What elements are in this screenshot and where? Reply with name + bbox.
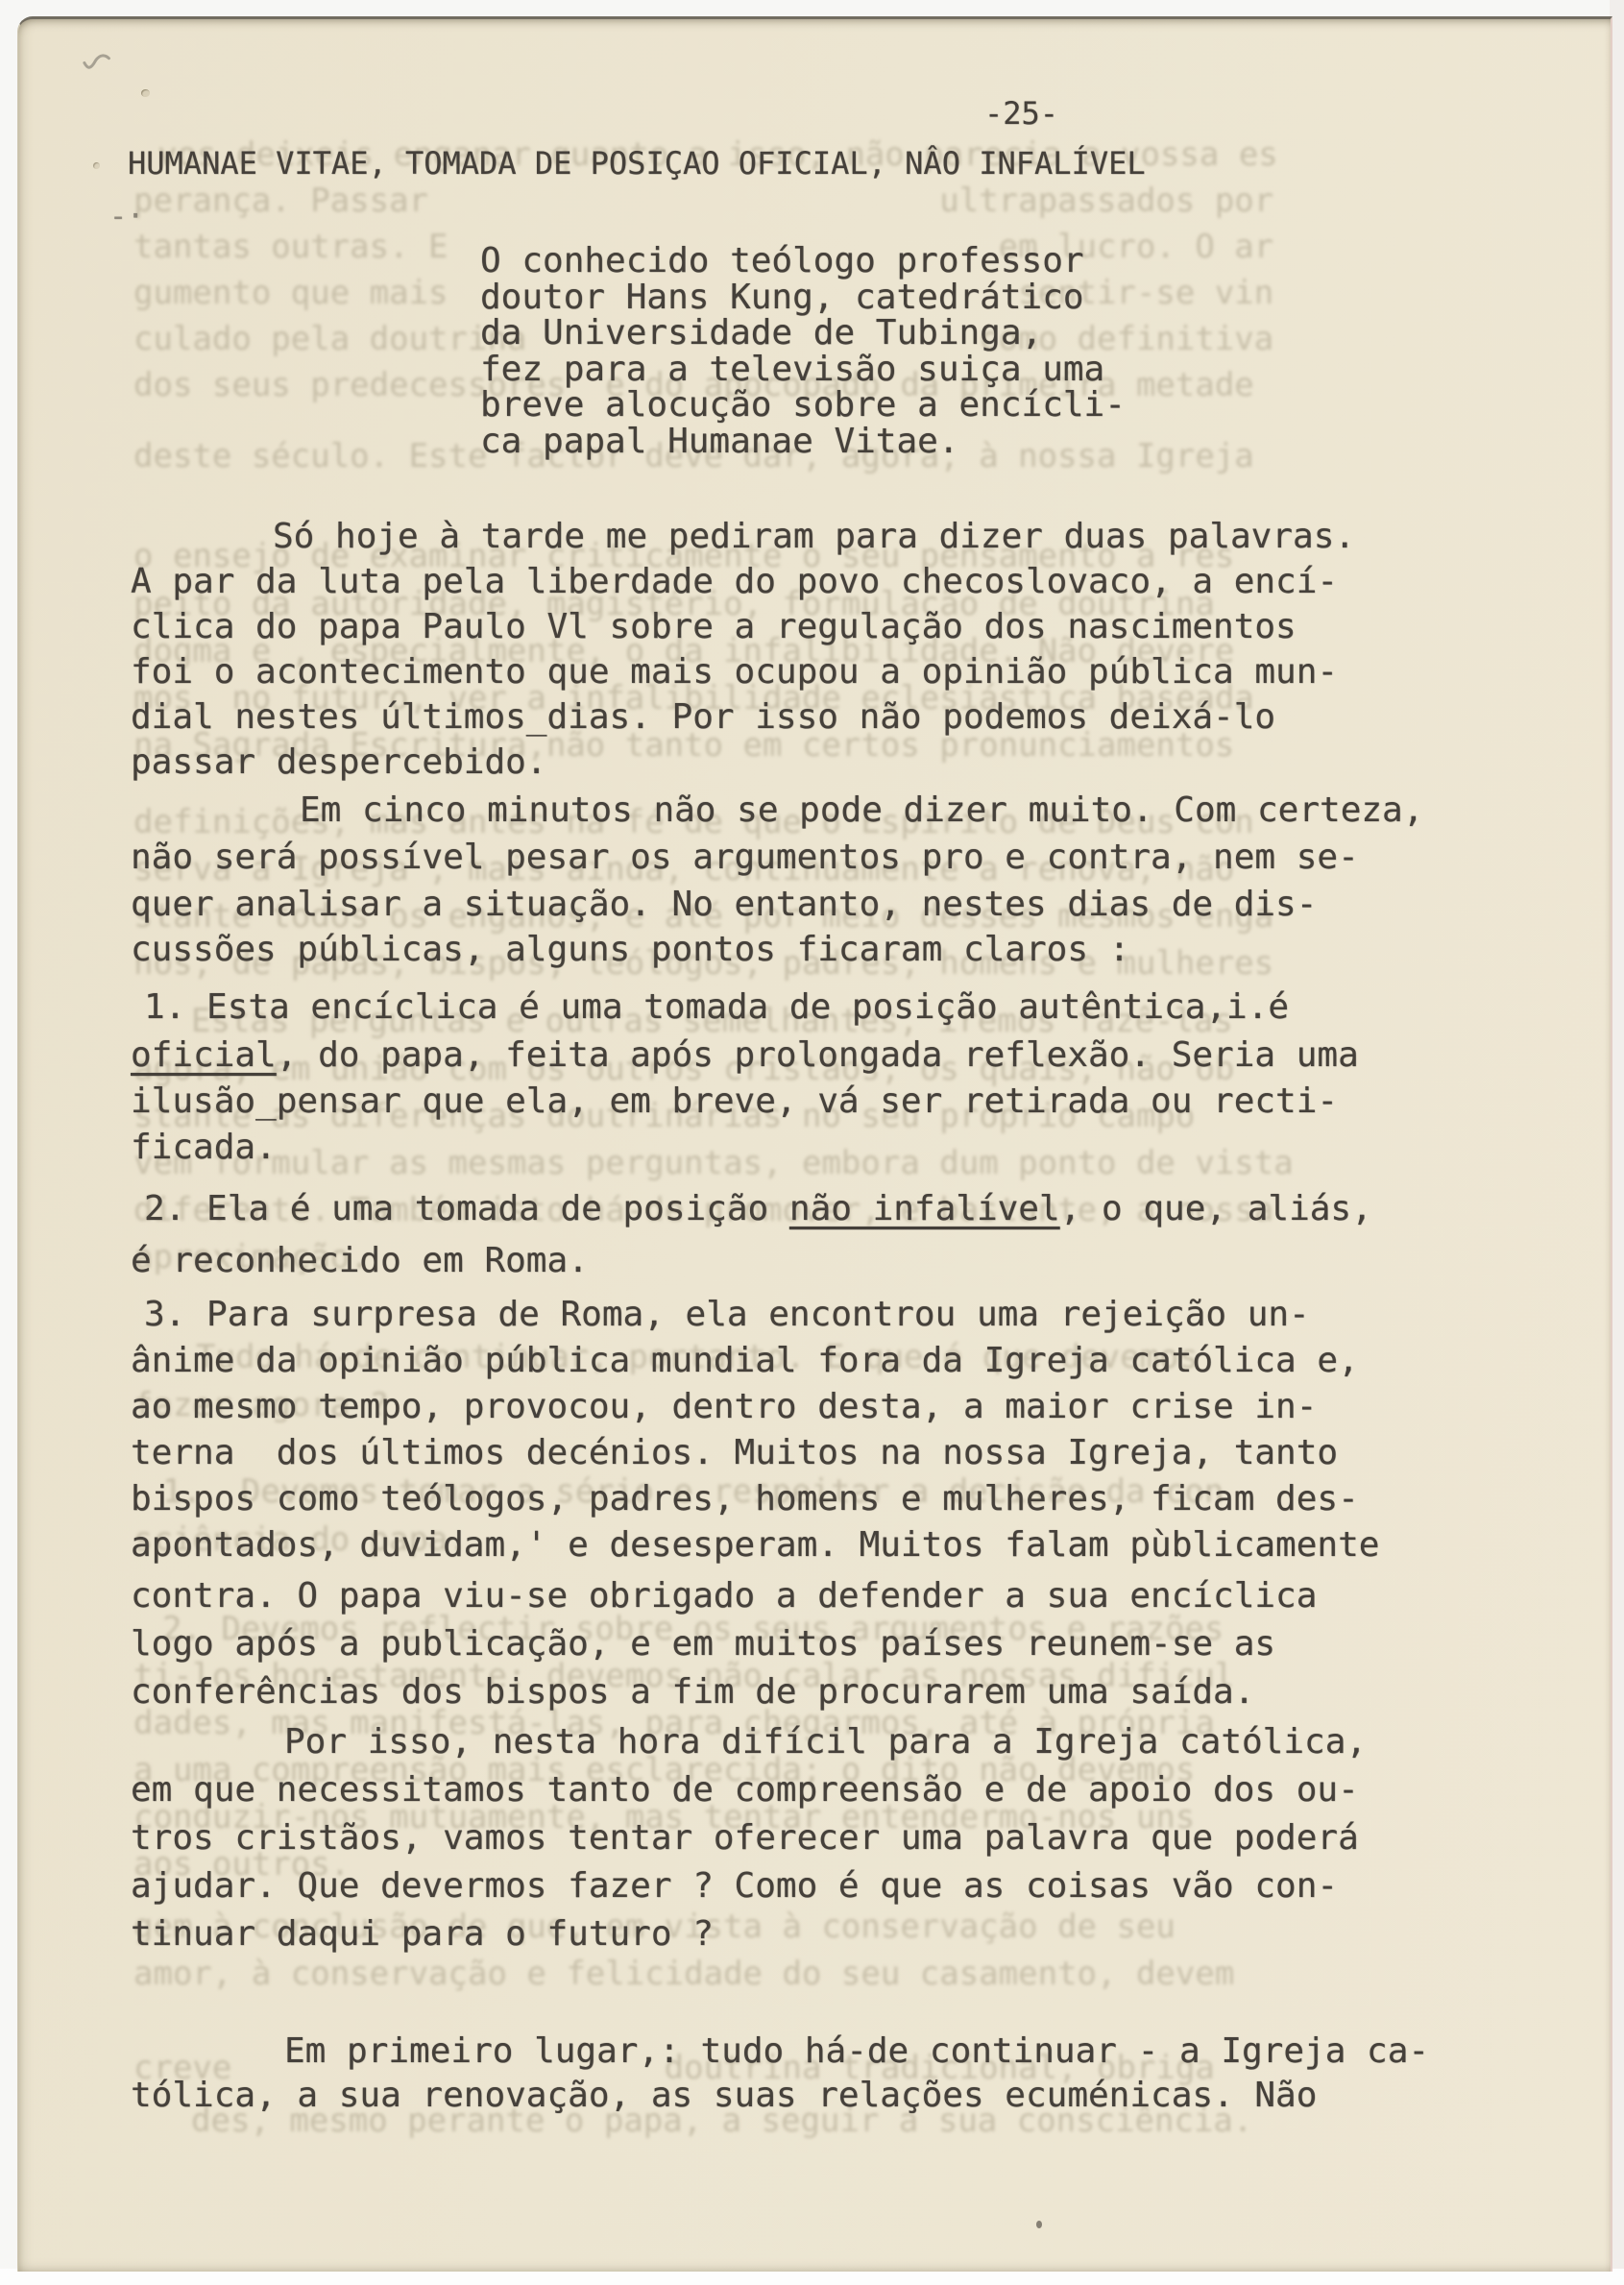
bleedthrough-line: perança. Passar ultrapassados por [133, 182, 1273, 220]
body-line: cussões públicas, alguns pontos ficaram … [131, 930, 1129, 969]
body-line-rest: , do papa, feita após prolongada reflexã… [277, 1035, 1359, 1075]
body-line: Só hoje à tarde me pediram para dizer du… [131, 517, 1355, 556]
body-line: quer analisar a situação. No entanto, ne… [131, 885, 1317, 924]
body-line: 2. Ela é uma tomada de posição não infal… [131, 1189, 1372, 1228]
body-line: passar despercebido. [131, 742, 546, 782]
body-line: bispos como teólogos, padres, homens e m… [131, 1479, 1359, 1519]
lede-line: doutor Hans Kung, catedrático [480, 280, 1126, 316]
body-line: em que necessitamos tanto de compreensão… [131, 1770, 1359, 1810]
body-line-rest: , o que, aliás, [1060, 1189, 1372, 1228]
body-line: oficial, do papa, feita após prolongada … [131, 1035, 1359, 1075]
body-line: foi o acontecimento que mais ocupou a op… [131, 652, 1338, 692]
lede-line: fez para a televisão suiça uma [480, 352, 1126, 388]
body-line-pre: 2. Ela é uma tomada de posição [144, 1189, 789, 1228]
paper-speck [93, 162, 100, 169]
stray-mark: -· [109, 200, 144, 233]
body-line: apontados, duvidam,' e desesperam. Muito… [131, 1525, 1379, 1565]
body-line: tros cristãos, vamos tentar oferecer uma… [131, 1818, 1359, 1858]
body-line: é reconhecido em Roma. [131, 1241, 589, 1280]
body-line: dial nestes últimos_dias. Por isso não p… [131, 697, 1275, 737]
page-number: -25- [984, 95, 1058, 132]
body-line: ajudar. Que devermos fazer ? Como é que … [131, 1866, 1338, 1906]
body-line: tinuar daqui para o futuro ? [131, 1914, 714, 1954]
lede-block: O conhecido teólogo professor doutor Han… [480, 243, 1126, 459]
lede-line: ca papal Humanae Vitae. [480, 424, 1126, 460]
body-line: não será possível pesar os argumentos pr… [131, 838, 1359, 877]
body-line: terna dos últimos decénios. Muitos na no… [131, 1433, 1338, 1472]
body-line: Em cinco minutos não se pode dizer muito… [131, 790, 1423, 830]
lede-line: breve alocução sobre a encícli- [480, 387, 1126, 424]
page-title: HUMANAE VITAE, TOMADA DE POSIÇAO OFICIAL… [128, 145, 1146, 182]
body-line: clica do papa Paulo Vl sobre a regulação… [131, 607, 1297, 646]
pen-checkmark [80, 48, 113, 79]
lede-line: O conhecido teólogo professor [480, 243, 1126, 280]
body-line: Em primeiro lugar,: tudo há-de continuar… [131, 2031, 1429, 2071]
bleedthrough-line: vem formular as mesmas perguntas, embora… [133, 1144, 1294, 1182]
underlined-word: oficial [131, 1035, 277, 1075]
body-line: ânime da opinião pública mundial fora da… [131, 1341, 1359, 1380]
body-line: ao mesmo tempo, provocou, dentro desta, … [131, 1387, 1317, 1426]
paper-sheet: vos deixeis enganar quanto a isso, não p… [17, 16, 1612, 2272]
underlined-phrase: não infalível [789, 1189, 1060, 1228]
body-line: ficada. [131, 1128, 277, 1167]
paper-speck [1036, 2221, 1042, 2228]
lede-line: da Universidade de Tubinga, [480, 315, 1126, 352]
body-line: logo após a publicação, e em muitos país… [131, 1624, 1275, 1664]
body-line: ilusão_pensar que ela, em breve, vá ser … [131, 1082, 1338, 1121]
body-line: contra. O papa viu-se obrigado a defende… [131, 1576, 1317, 1616]
body-line: conferências dos bispos a fim de procura… [131, 1672, 1254, 1712]
body-line: 1. Esta encíclica é uma tomada de posiçã… [131, 987, 1289, 1027]
body-line: 3. Para surpresa de Roma, ela encontrou … [131, 1295, 1310, 1334]
paper-speck [141, 89, 150, 97]
body-line: tólica, a sua renovação, as suas relaçõe… [131, 2076, 1317, 2115]
body-line: Por isso, nesta hora difícil para a Igre… [131, 1722, 1367, 1762]
body-line: A par da luta pela liberdade do povo che… [131, 562, 1338, 601]
bleedthrough-line: amor, à conservação e felicidade do seu … [133, 1955, 1234, 1993]
